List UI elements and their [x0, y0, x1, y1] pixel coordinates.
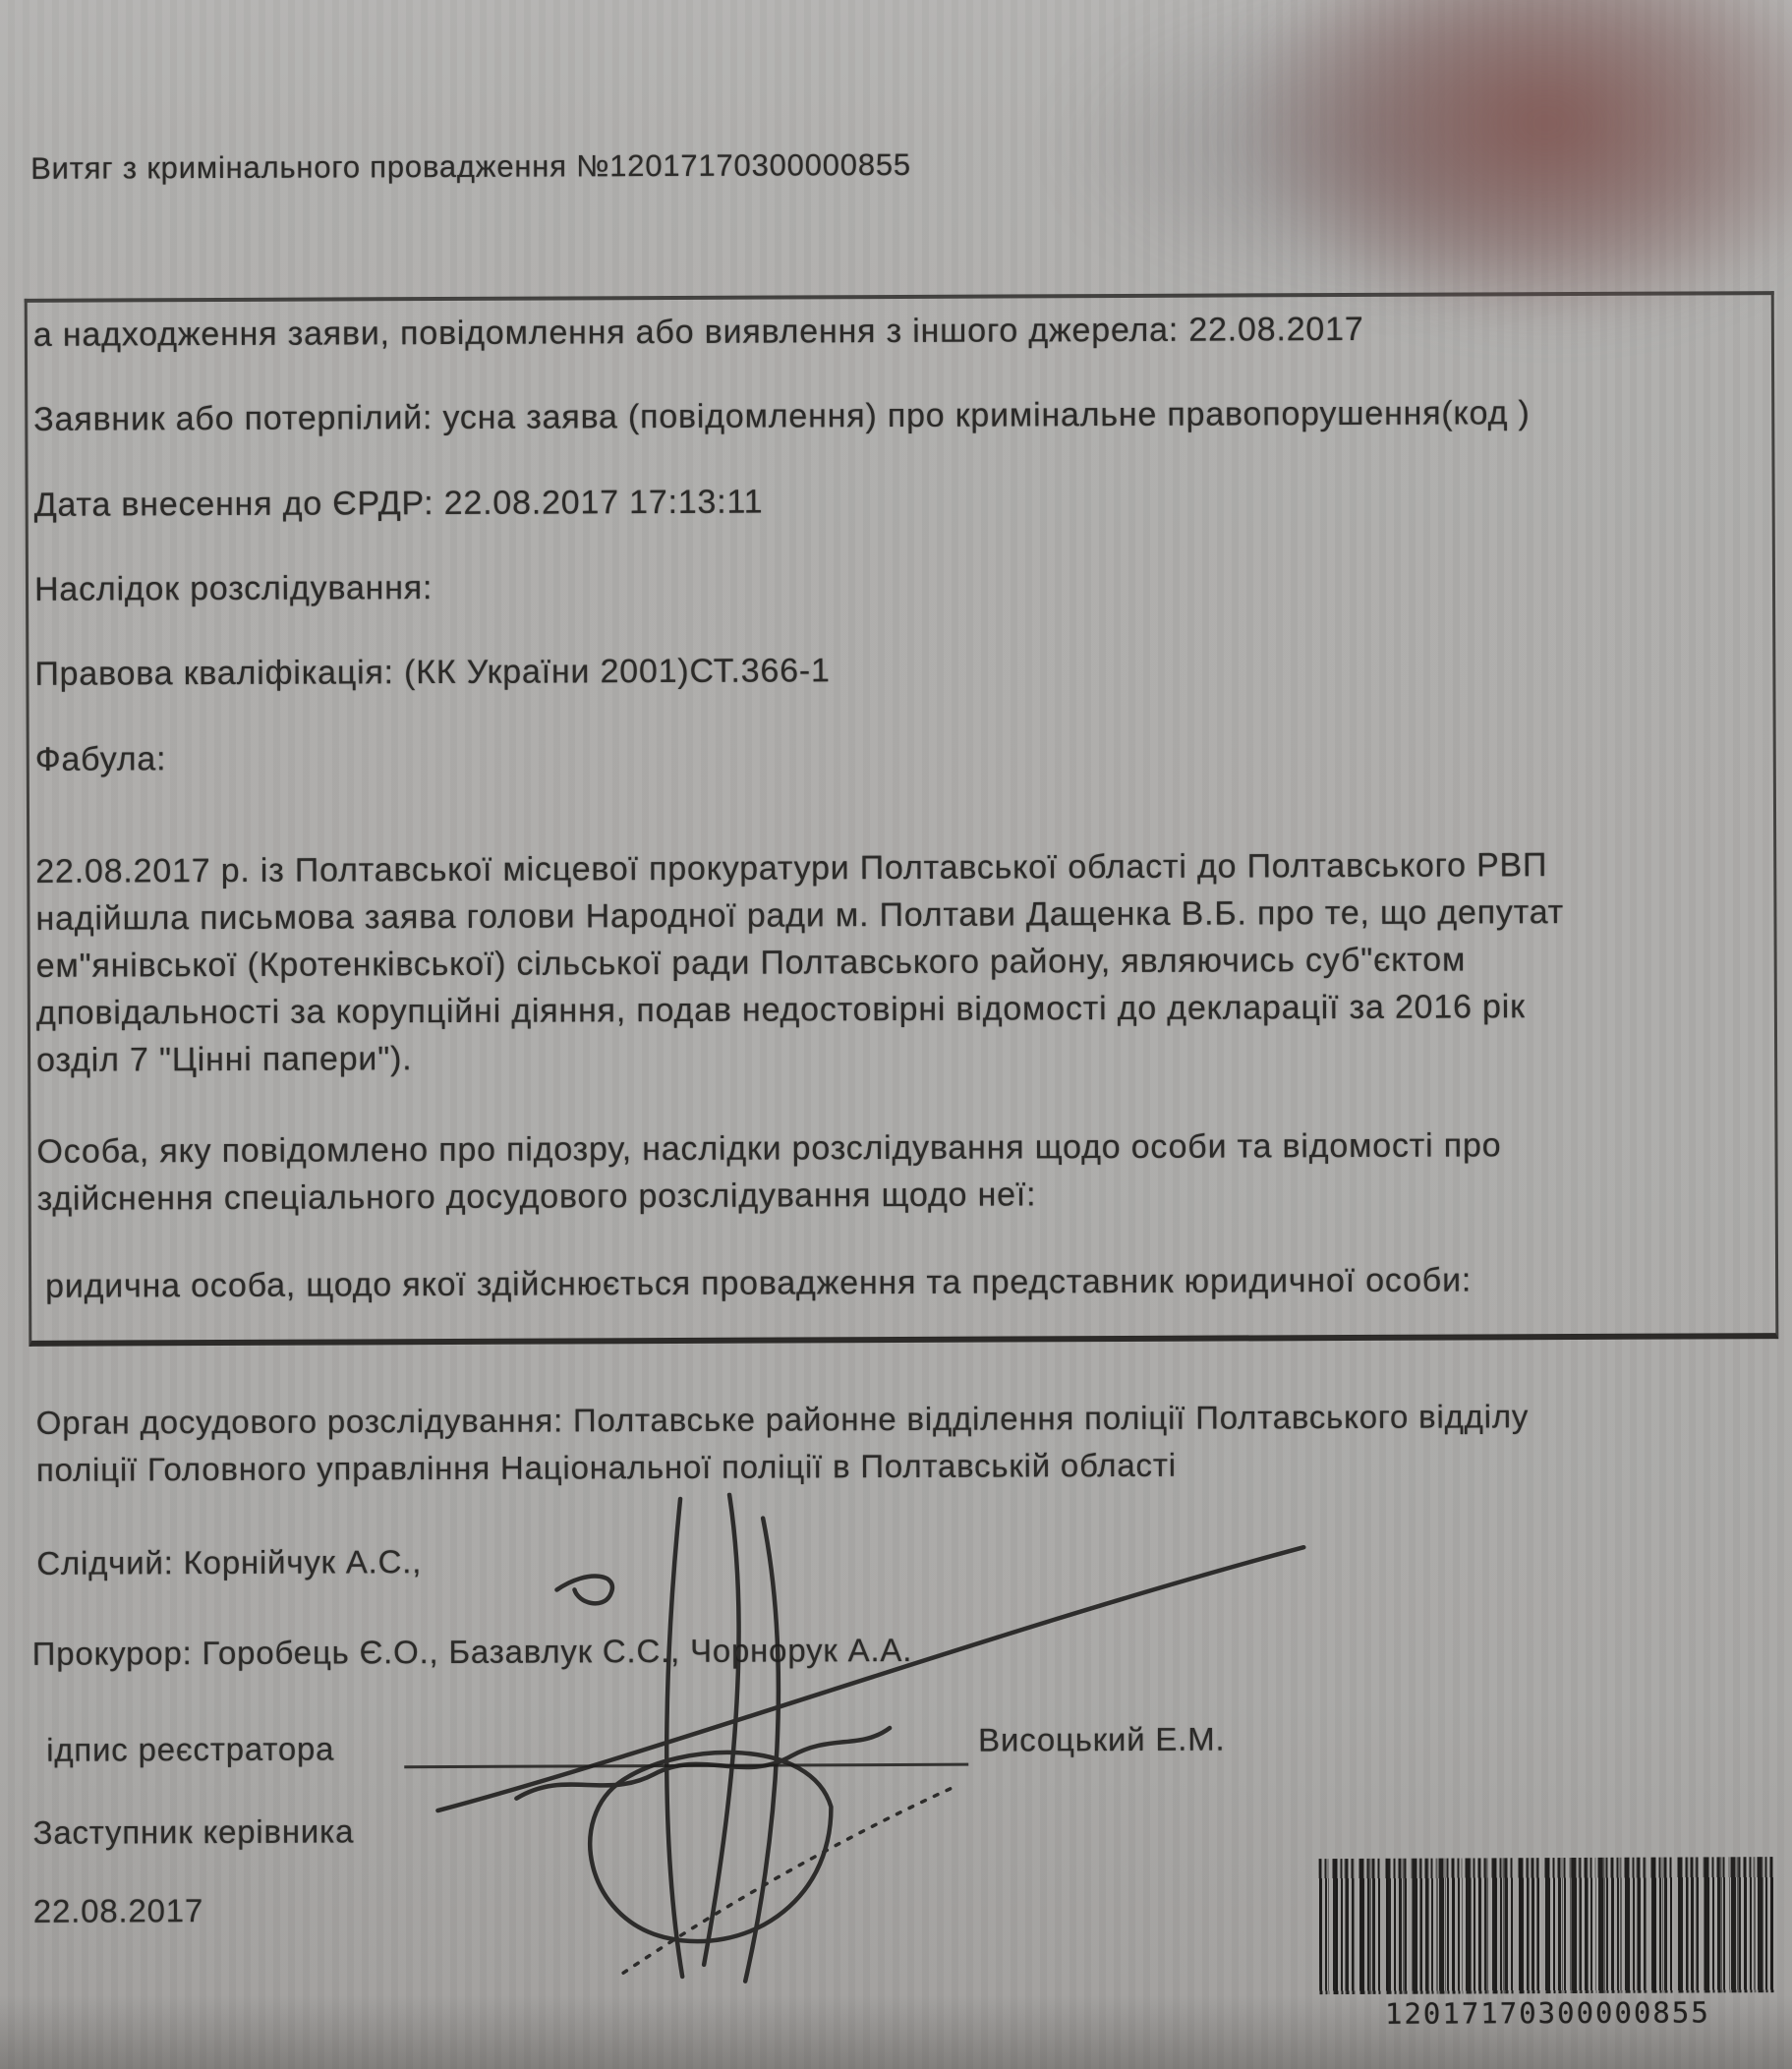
investigator-line: Слідчий: Корнійчук А.С., — [36, 1543, 422, 1582]
case-summary-box: а надходження заяви, повідомлення або ви… — [25, 291, 1779, 1347]
document-content: Витяг з кримінального провадження №12017… — [0, 0, 1792, 2069]
barcode — [1319, 1857, 1776, 1994]
barcode-number: 12017170300000855 — [1319, 1995, 1775, 2031]
fabula-label: Фабула: — [35, 740, 167, 779]
document-title: Витяг з кримінального провадження №12017… — [30, 147, 911, 187]
fabula-line: ем"янівської (Кротенківської) сільської … — [36, 941, 1467, 985]
field-source-date: а надходження заяви, повідомлення або ви… — [33, 311, 1364, 355]
legal-entity-line: ридична особа, щодо якої здійснюється пр… — [45, 1261, 1472, 1305]
field-claimant: Заявник або потерпілий: усна заява (пові… — [33, 394, 1530, 439]
registrar-name: Висоцький Е.М. — [978, 1721, 1225, 1759]
registrar-signature-label: ідпис реєстратора — [46, 1730, 334, 1768]
investigation-organ-line: Орган досудового розслідування: Полтавсь… — [36, 1398, 1530, 1442]
signature-line — [404, 1736, 968, 1769]
field-investigation-result: Наслідок розслідування: — [34, 569, 433, 609]
fabula-line: озділ 7 "Цінні папери"). — [36, 1040, 412, 1080]
fabula-line: надійшла письмова заява голови Народної … — [35, 893, 1564, 939]
registration-date: 22.08.2017 — [33, 1892, 203, 1930]
deputy-head-line: Заступник керівника — [32, 1812, 354, 1851]
suspect-info-line: здійснення спеціального досудового розсл… — [37, 1176, 1037, 1218]
field-legal-qualification: Правова кваліфікація: (КК України 2001)С… — [34, 652, 830, 694]
suspect-info-line: Особа, яку повідомлено про підозру, насл… — [36, 1126, 1501, 1172]
document-photo: Витяг з кримінального провадження №12017… — [0, 0, 1792, 2069]
field-erdr-entry-date: Дата внесення до ЄРДР: 22.08.2017 17:13:… — [34, 484, 764, 525]
fabula-line: дповідальності за корупційні діяння, под… — [36, 988, 1526, 1033]
prosecutor-line: Прокурор: Горобець Є.О., Базавлук С.С., … — [32, 1632, 913, 1673]
investigation-organ-line: поліції Головного управління Національно… — [36, 1447, 1177, 1489]
fabula-line: 22.08.2017 р. із Полтавської місцевої пр… — [35, 846, 1547, 891]
